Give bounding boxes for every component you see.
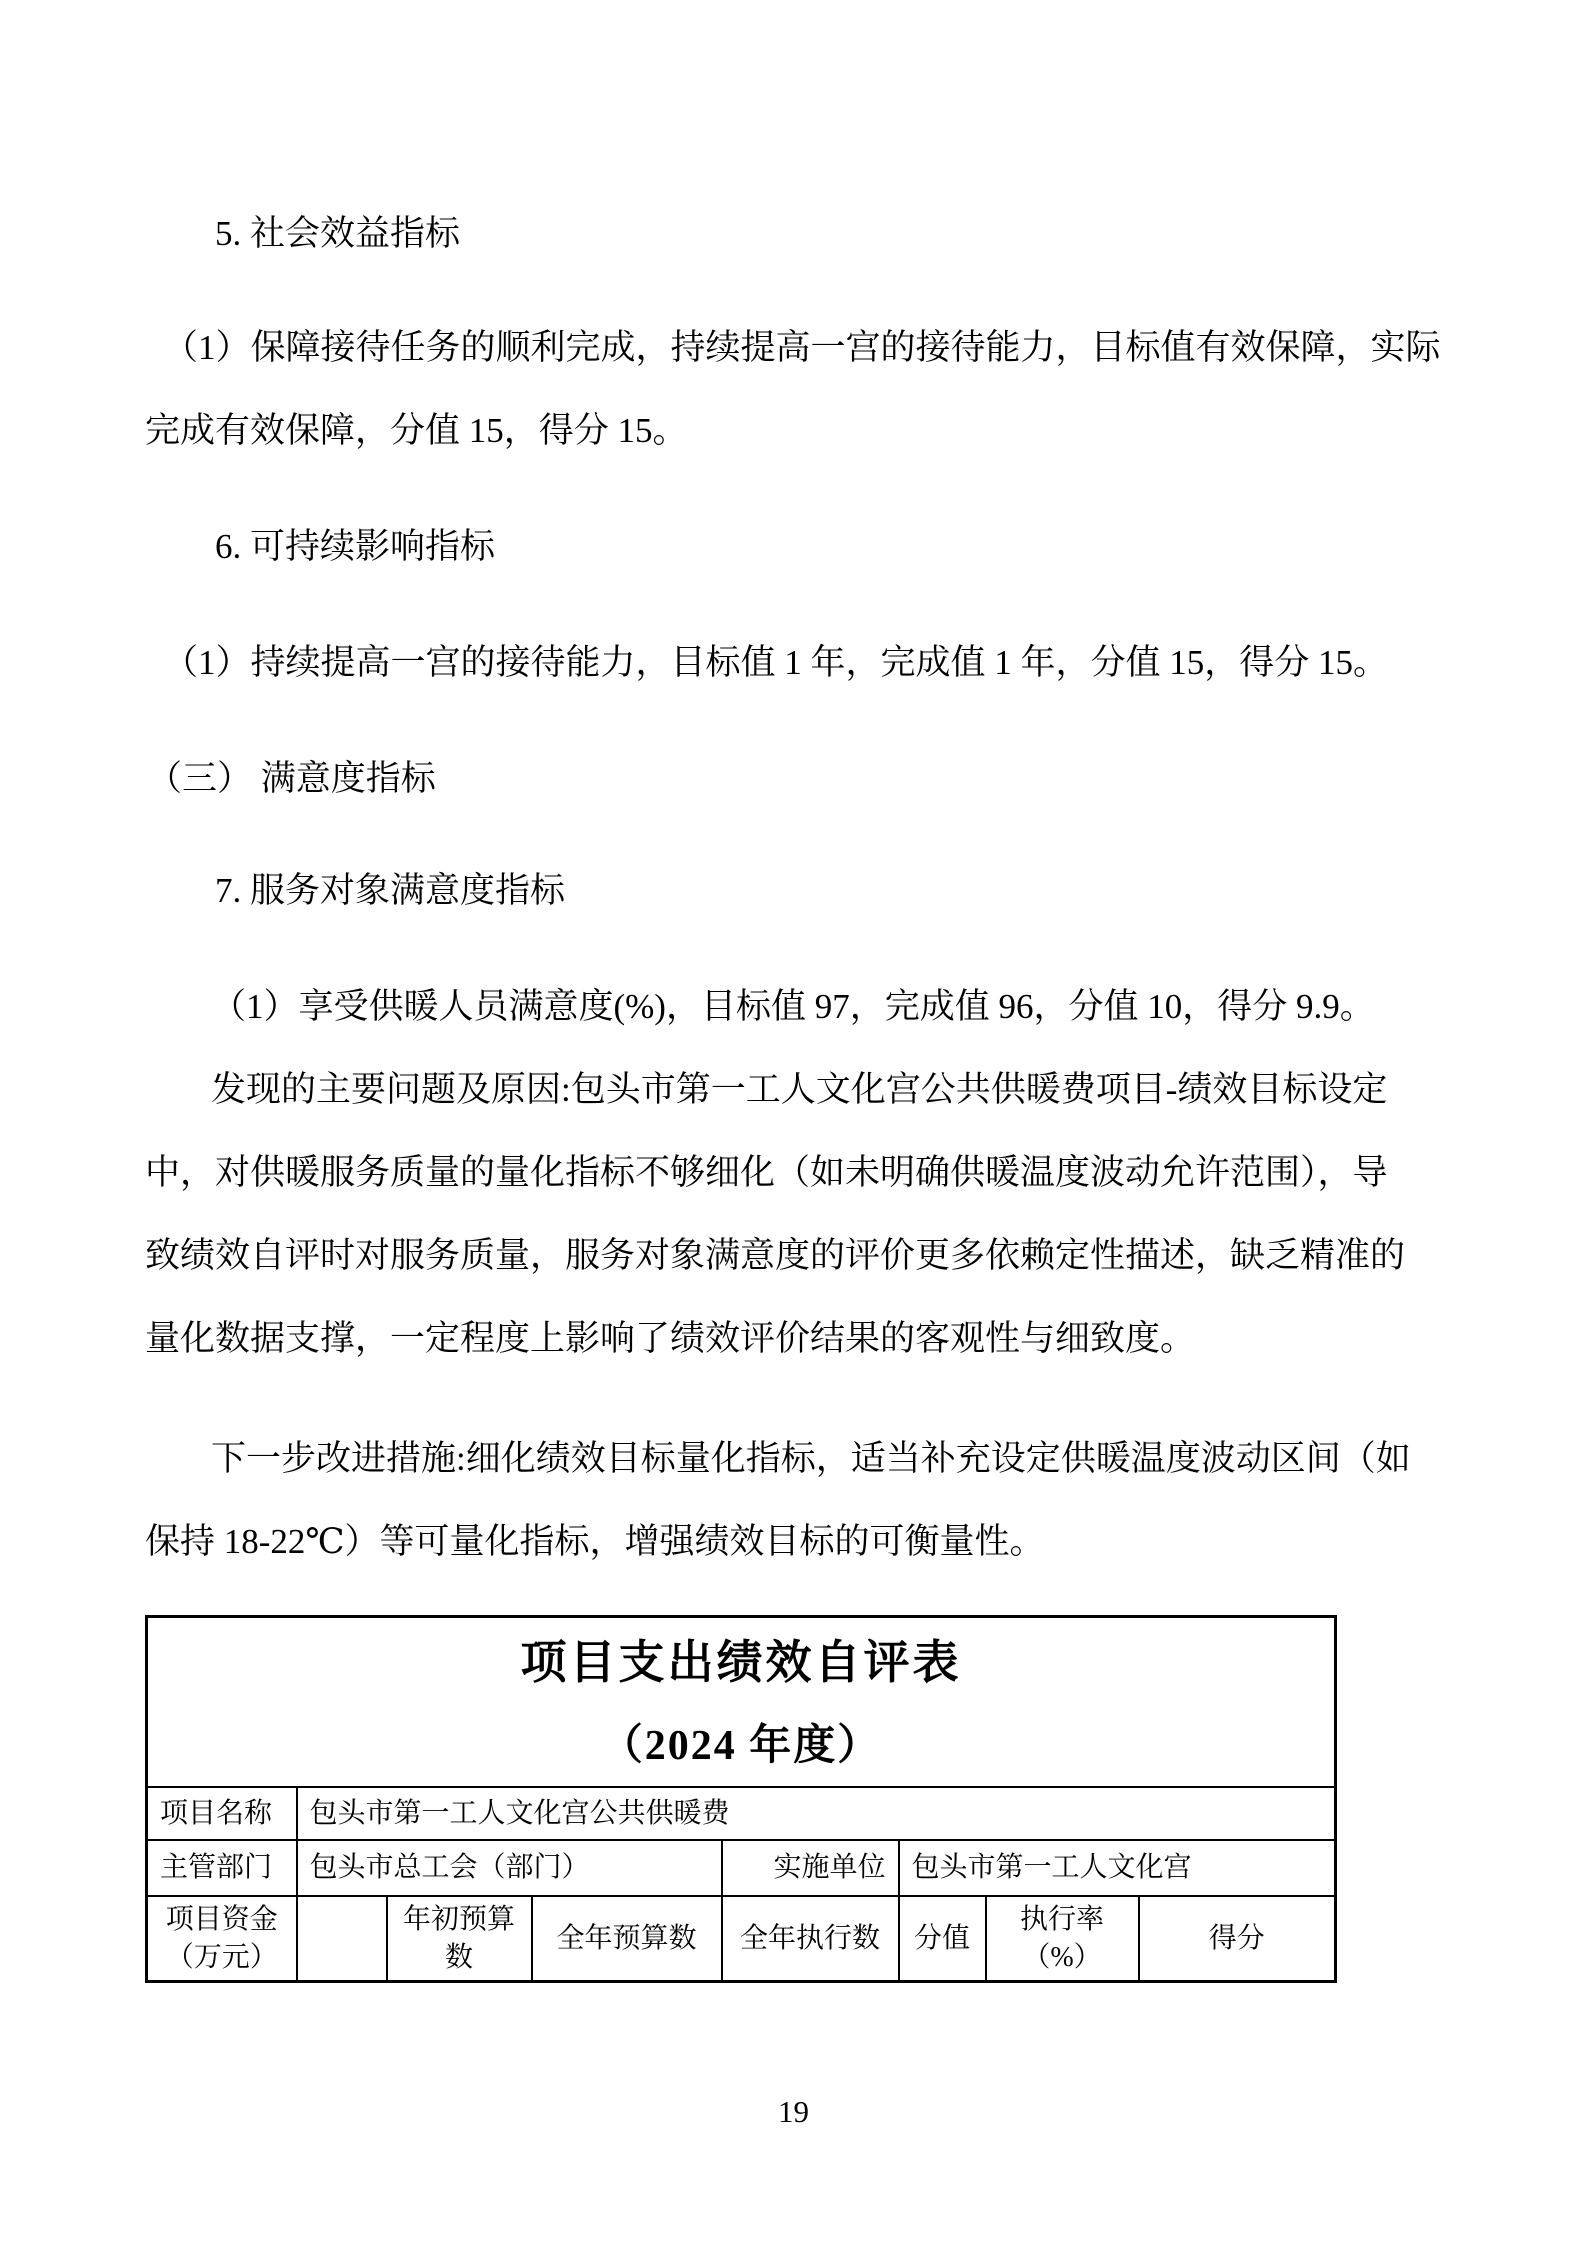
- col-annual-exec: 全年执行数: [722, 1896, 899, 1982]
- project-name-value: 包头市第一工人文化宫公共供暖费: [297, 1787, 1336, 1840]
- table-title: 项目支出绩效自评表: [160, 1633, 1322, 1693]
- para-social-benefit-1: （1）保障接待任务的顺利完成，持续提高一宫的接待能力，目标值有效保障，实际 完成…: [145, 306, 1465, 472]
- dept-label: 主管部门: [147, 1840, 297, 1896]
- section-heading-6: 6. 可持续影响指标: [145, 505, 1465, 588]
- funds-header-row: 项目资金 （万元） 年初预算 数 全年预算数 全年执行数 分值 执行率（%） 得…: [147, 1896, 1336, 1982]
- project-name-row: 项目名称 包头市第一工人文化宫公共供暖费: [147, 1787, 1336, 1840]
- col-annual-budget: 全年预算数: [532, 1896, 722, 1982]
- impl-unit-value: 包头市第一工人文化宫: [899, 1840, 1336, 1896]
- page-number: 19: [0, 2094, 1587, 2130]
- dept-row: 主管部门 包头市总工会（部门） 实施单位 包头市第一工人文化宫: [147, 1840, 1336, 1896]
- section-heading-satisfaction: （三） 满意度指标: [145, 737, 1465, 820]
- funds-empty-cell: [297, 1896, 387, 1982]
- para-service-satisfaction-1: （1）享受供暖人员满意度(%)，目标值 97，完成值 96，分值 10，得分 9…: [145, 965, 1465, 1048]
- impl-unit-label: 实施单位: [722, 1840, 899, 1896]
- document-page: 5. 社会效益指标 （1）保障接待任务的顺利完成，持续提高一宫的接待能力，目标值…: [0, 0, 1587, 2245]
- project-name-label: 项目名称: [147, 1787, 297, 1840]
- self-eval-table: 项目支出绩效自评表 （2024 年度） 项目名称 包头市第一工人文化宫公共供暖费…: [145, 1615, 1337, 1983]
- col-score-weight: 分值: [899, 1896, 986, 1982]
- section-heading-7: 7. 服务对象满意度指标: [145, 849, 1465, 932]
- table-title-year: （2024 年度）: [160, 1719, 1322, 1773]
- para-sustainability-1: （1）持续提高一宫的接待能力，目标值 1 年，完成值 1 年，分值 15，得分 …: [145, 621, 1465, 704]
- col-initial-budget: 年初预算 数: [387, 1896, 532, 1982]
- funds-label: 项目资金 （万元）: [147, 1896, 297, 1982]
- dept-value: 包头市总工会（部门）: [297, 1840, 722, 1896]
- col-exec-rate: 执行率（%）: [986, 1896, 1139, 1982]
- col-score: 得分: [1139, 1896, 1336, 1982]
- para-improvement: 下一步改进措施:细化绩效目标量化指标，适当补充设定供暖温度波动区间（如 保持 1…: [145, 1417, 1465, 1583]
- para-problems: 发现的主要问题及原因:包头市第一工人文化宫公共供暖费项目-绩效目标设定 中，对供…: [145, 1048, 1465, 1380]
- document-body: 5. 社会效益指标 （1）保障接待任务的顺利完成，持续提高一宫的接待能力，目标值…: [145, 0, 1465, 1983]
- table-title-row: 项目支出绩效自评表 （2024 年度）: [147, 1617, 1336, 1788]
- section-heading-5: 5. 社会效益指标: [145, 192, 1465, 275]
- table-title-cell: 项目支出绩效自评表 （2024 年度）: [147, 1617, 1336, 1788]
